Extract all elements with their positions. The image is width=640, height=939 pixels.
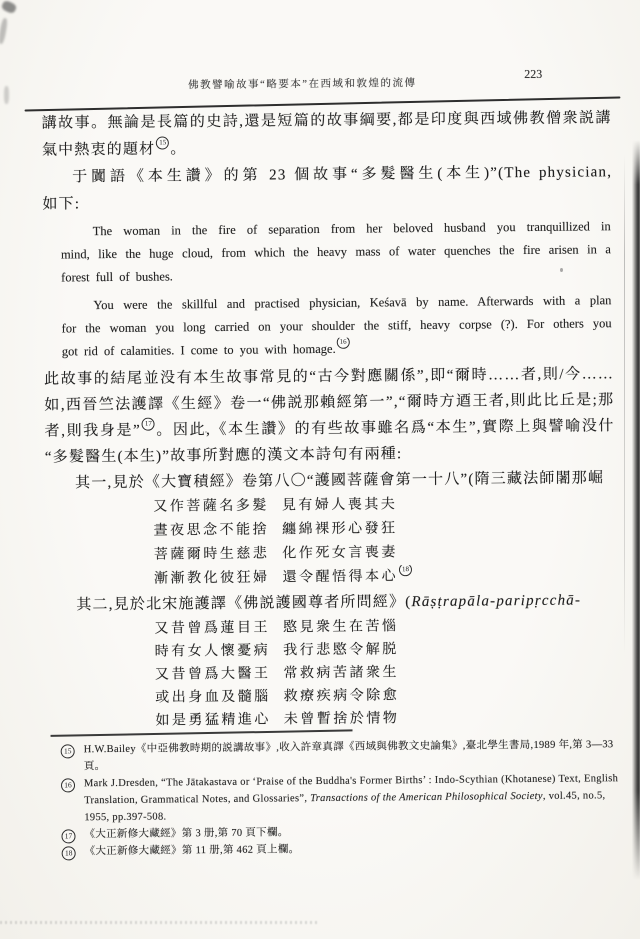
verse-group-2: 又昔曾爲蓮目王愍見衆生在苦惱 時有女人懷憂病我行悲愍令解脱 又昔曾爲大醫王常救病… [46, 613, 617, 733]
page-edge-line [624, 155, 625, 655]
quote-line: got rid of calamities. I come to you wit… [62, 335, 612, 363]
quote-line: forest full of bushes. [61, 261, 611, 289]
footnote-16: 16 Mark J.Dresden, “The Jātakastava or ‘… [61, 770, 619, 826]
footnote-15: 15 H.W.Bailey《中亞佛教時期的説講故事》,收入許章真譯《西域與佛教文… [61, 736, 619, 775]
body-line: 如下: [42, 186, 612, 218]
footnote-ref-17: 17 [142, 418, 155, 431]
footnote-text: Mark J.Dresden, “The Jātakastava or ‘Pra… [84, 770, 619, 826]
source-line-2: 其二,見於北宋施護譯《佛説護國尊者所問經》(Rāṣṭrapāla-paripṛc… [46, 587, 616, 618]
verse-line: 如是勇猛精進心未曾暫捨於情物 [155, 705, 617, 732]
footnote-marker: 18 [62, 846, 76, 860]
footnote-marker: 17 [61, 829, 75, 843]
body-text: 。 [170, 141, 186, 157]
body-text: 者,則我身是” [45, 423, 141, 440]
scan-speck [205, 431, 207, 433]
body-line: 者,則我身是”17。因此,《本生讚》的有些故事雖名爲“本生”,實際上與譬喻没什麽… [44, 413, 614, 444]
body-text: 氣中熱衷的題材 [42, 142, 156, 159]
quote-text: got rid of calamities. I come to you wit… [62, 342, 336, 359]
scanned-document-page: 佛教譬喻故事“略要本”在西域和敦煌的流傳 223 講故事。無論是長篇的史詩,還是… [0, 0, 640, 939]
body-line: 講故事。無論是長篇的史詩,還是短篇的故事綱要,都是印度與西域佛教僧衆説講故事風 [42, 105, 612, 137]
verse-group-1: 又作菩薩名多髮見有婦人喪其夫 晝夜思念不能捨纏綿裸形心發狂 菩薩爾時生慈悲化作死… [45, 491, 616, 592]
footnote-text: H.W.Bailey《中亞佛教時期的説講故事》,收入許章真譯《西域與佛教文史論集… [84, 736, 619, 775]
footnote-ref-16: 16 [337, 336, 350, 349]
body-line: 于闐語《本生讚》的第 23 個故事“多髮醫生(本生)”(The physicia… [42, 159, 612, 191]
footnote-ref-15: 15 [156, 136, 169, 149]
footnote-ref-18: 18 [399, 563, 412, 576]
scan-noise-strip [0, 921, 320, 924]
source-line-1: 其一,見於《大寶積經》卷第八〇“護國菩薩會第一十八”(隋三藏法師闍那崛多譯): [45, 465, 615, 496]
journal-title: Transactions of the American Philosophic… [310, 791, 543, 804]
main-text-column: 講故事。無論是長篇的史詩,還是短篇的故事綱要,都是印度與西域佛教僧衆説講故事風 … [42, 105, 618, 733]
english-quote-block: The woman in the fire of separation from… [43, 215, 614, 363]
binding-shadow [632, 140, 640, 880]
scan-speck [560, 268, 563, 272]
footnotes-block: 15 H.W.Bailey《中亞佛教時期的説講故事》,收入許章真譯《西域與佛教文… [61, 736, 620, 860]
footnote-marker: 15 [61, 744, 75, 758]
page-content: 佛教譬喻故事“略要本”在西域和敦煌的流傳 223 講故事。無論是長篇的史詩,還是… [0, 0, 640, 939]
page-number: 223 [524, 67, 542, 82]
scan-smudge [4, 86, 9, 104]
footnote-marker: 16 [61, 778, 75, 792]
